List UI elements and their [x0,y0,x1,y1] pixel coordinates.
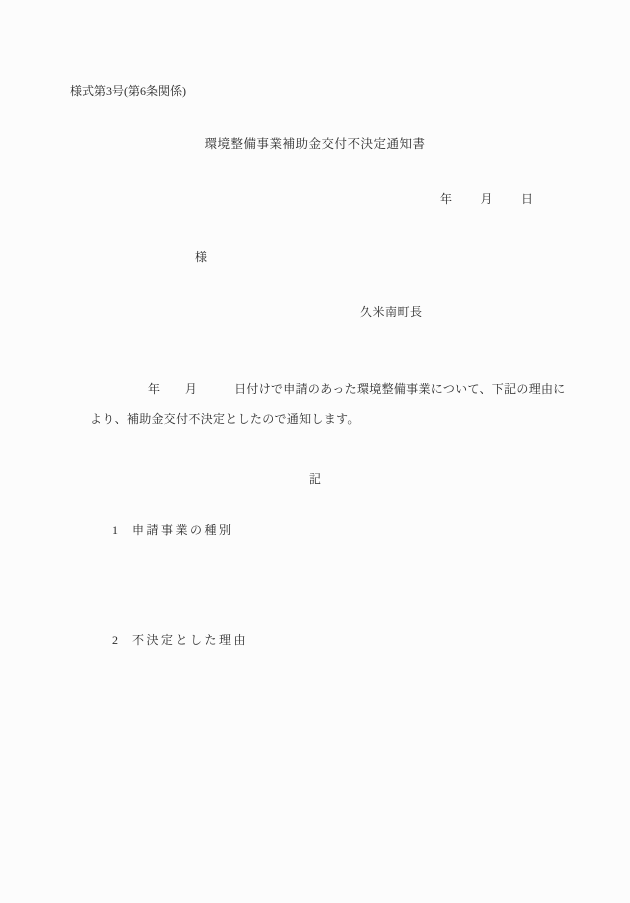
item-1-heading: 1申請事業の種別 [90,506,234,555]
body-paragraph-line-2: より、補助金交付不決定としたので通知します。 [90,411,360,427]
form-number: 様式第3号(第6条関係) [70,83,186,99]
item-2-number: 2 [112,632,118,648]
item-2-heading: 2不決定とした理由 [90,616,248,665]
sender-title: 久米南町長 [360,304,423,320]
item-1-number: 1 [112,522,118,538]
body-paragraph-line-1: 年 月 日付けで申請のあった環境整備事業について、下記の理由に [148,381,566,397]
document-page: 様式第3号(第6条関係) 環境整備事業補助金交付不決定通知書 年 月 日 様 久… [0,0,630,903]
addressee-honorific: 様 [195,249,207,265]
item-2-label: 不決定とした理由 [132,633,248,647]
document-title: 環境整備事業補助金交付不決定通知書 [0,136,630,153]
issue-date-blank-line: 年 月 日 [440,191,535,207]
item-1-label: 申請事業の種別 [132,523,234,537]
section-marker-ki: 記 [0,471,630,487]
